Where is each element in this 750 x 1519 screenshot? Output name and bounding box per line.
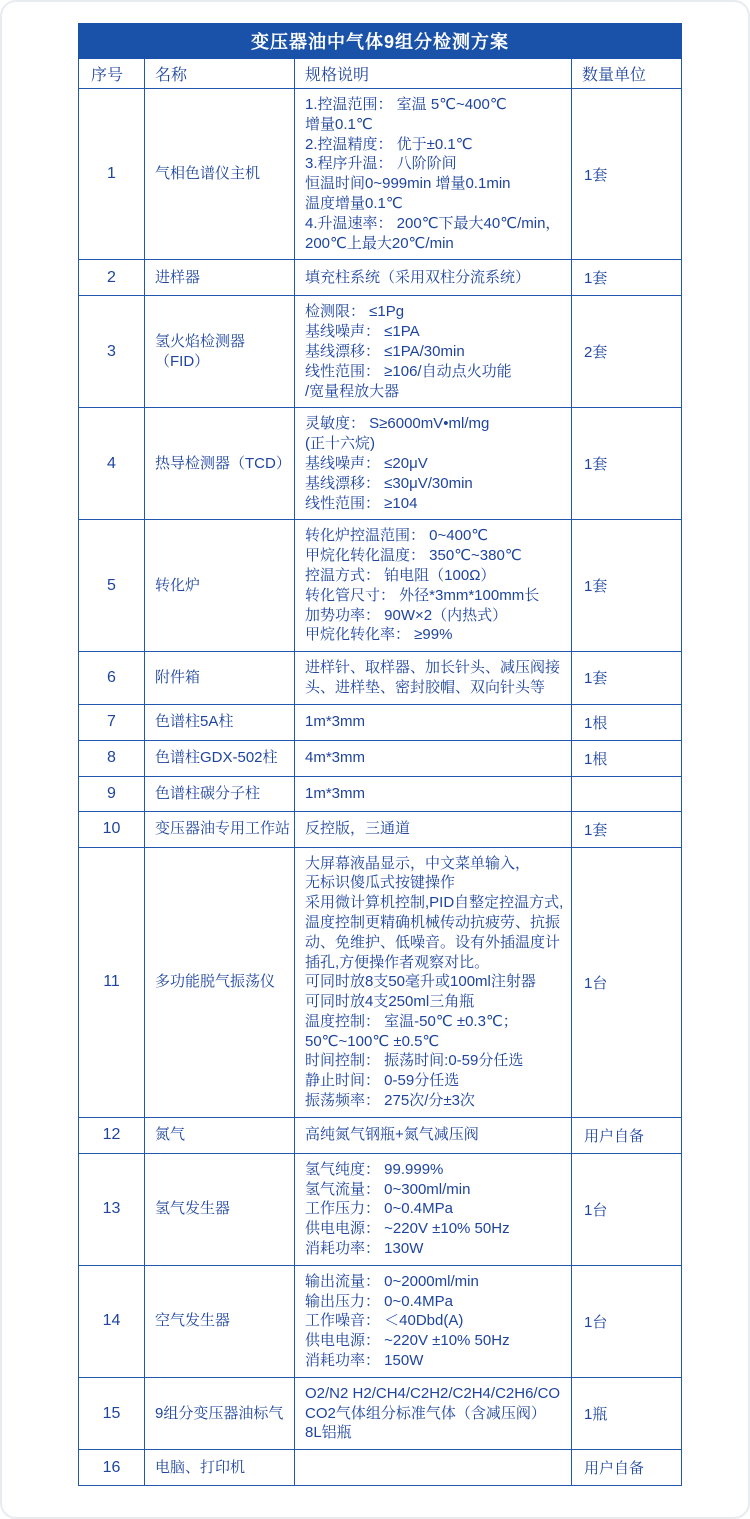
row-index-cell: 4 xyxy=(79,408,145,520)
row-index-cell: 3 xyxy=(79,296,145,408)
row-index-cell: 9 xyxy=(79,776,145,811)
header-row: 序号 名称 规格说明 数量单位 xyxy=(79,59,682,89)
spec-cell: 1m*3mm xyxy=(295,776,572,811)
row-index-cell: 16 xyxy=(79,1450,145,1486)
qty-cell: 用户自备 xyxy=(572,1450,682,1486)
table-row: 8 色谱柱GDX-502柱 4m*3mm 1根 xyxy=(79,740,682,776)
item-name-cell: 色谱柱GDX-502柱 xyxy=(145,740,295,776)
table-row: 11 多功能脱气振荡仪 大屏幕液晶显示，中文菜单输入， 无标识傻瓜式按键操作 采… xyxy=(79,847,682,1117)
spec-cell: 1m*3mm xyxy=(295,704,572,740)
spec-cell: 4m*3mm xyxy=(295,740,572,776)
item-name-cell: 电脑、打印机 xyxy=(145,1450,295,1486)
qty-cell: 1套 xyxy=(572,520,682,652)
item-name-cell: 9组分变压器油标气 xyxy=(145,1377,295,1449)
title-row: 变压器油中气体9组分检测方案 xyxy=(79,24,682,59)
table-row: 7 色谱柱5A柱 1m*3mm 1根 xyxy=(79,704,682,740)
item-name-cell: 空气发生器 xyxy=(145,1265,295,1377)
table-row: 13 氢气发生器 氢气纯度： 99.999% 氢气流量： 0~300ml/min… xyxy=(79,1153,682,1265)
spec-cell: 大屏幕液晶显示，中文菜单输入， 无标识傻瓜式按键操作 采用微计算机控制,PID自… xyxy=(295,847,572,1117)
item-name-cell: 气相色谱仪主机 xyxy=(145,89,295,260)
column-header-name: 名称 xyxy=(145,59,295,89)
table-row: 1 气相色谱仪主机 1.控温范围： 室温 5℃~400℃ 增量0.1℃ 2.控温… xyxy=(79,89,682,260)
spec-cell: 灵敏度： S≥6000mV•ml/mg (正十六烷) 基线噪声： ≤20μV 基… xyxy=(295,408,572,520)
table-row: 5 转化炉 转化炉控温范围： 0~400℃ 甲烷化转化温度： 350℃~380℃… xyxy=(79,520,682,652)
item-name-cell: 色谱柱碳分子柱 xyxy=(145,776,295,811)
item-name-cell: 色谱柱5A柱 xyxy=(145,704,295,740)
table-body: 1 气相色谱仪主机 1.控温范围： 室温 5℃~400℃ 增量0.1℃ 2.控温… xyxy=(79,89,682,1486)
item-name-cell: 转化炉 xyxy=(145,520,295,652)
column-header-qty: 数量单位 xyxy=(572,59,682,89)
spec-cell: 转化炉控温范围： 0~400℃ 甲烷化转化温度： 350℃~380℃ 控温方式：… xyxy=(295,520,572,652)
table-row: 3 氢火焰检测器（FID） 检测限： ≤1Pg 基线噪声： ≤1PA 基线漂移：… xyxy=(79,296,682,408)
table-row: 2 进样器 填充柱系统（采用双柱分流系统） 1套 xyxy=(79,260,682,296)
qty-cell: 1台 xyxy=(572,847,682,1117)
qty-cell: 用户自备 xyxy=(572,1117,682,1153)
table-row: 16 电脑、打印机 用户自备 xyxy=(79,1450,682,1486)
row-index-cell: 8 xyxy=(79,740,145,776)
table-row: 14 空气发生器 输出流量： 0~2000ml/min 输出压力： 0~0.4M… xyxy=(79,1265,682,1377)
row-index-cell: 2 xyxy=(79,260,145,296)
qty-cell: 1台 xyxy=(572,1265,682,1377)
item-name-cell: 进样器 xyxy=(145,260,295,296)
spec-cell: 检测限： ≤1Pg 基线噪声： ≤1PA 基线漂移： ≤1PA/30min 线性… xyxy=(295,296,572,408)
item-name-cell: 热导检测器（TCD） xyxy=(145,408,295,520)
spec-cell: 氢气纯度： 99.999% 氢气流量： 0~300ml/min 工作压力： 0~… xyxy=(295,1153,572,1265)
item-name-cell: 氢气发生器 xyxy=(145,1153,295,1265)
table-row: 6 附件箱 进样针、取样器、加长针头、减压阀接头、进样垫、密封胶帽、双向针头等 … xyxy=(79,652,682,705)
qty-cell: 1台 xyxy=(572,1153,682,1265)
spec-cell: 1.控温范围： 室温 5℃~400℃ 增量0.1℃ 2.控温精度： 优于±0.1… xyxy=(295,89,572,260)
item-name-cell: 附件箱 xyxy=(145,652,295,705)
spec-cell: O2/N2 H2/CH4/C2H2/C2H4/C2H6/CO CO2气体组分标准… xyxy=(295,1377,572,1449)
row-index-cell: 13 xyxy=(79,1153,145,1265)
row-index-cell: 5 xyxy=(79,520,145,652)
item-name-cell: 变压器油专用工作站 xyxy=(145,811,295,847)
row-index-cell: 7 xyxy=(79,704,145,740)
spec-table: 变压器油中气体9组分检测方案 序号 名称 规格说明 数量单位 1 气相色谱仪主机… xyxy=(78,23,682,1486)
qty-cell: 1套 xyxy=(572,89,682,260)
row-index-cell: 10 xyxy=(79,811,145,847)
column-header-index: 序号 xyxy=(79,59,145,89)
spec-cell: 高纯氮气钢瓶+氮气减压阀 xyxy=(295,1117,572,1153)
spec-cell xyxy=(295,1450,572,1486)
table-row: 12 氮气 高纯氮气钢瓶+氮气减压阀 用户自备 xyxy=(79,1117,682,1153)
qty-cell: 1套 xyxy=(572,408,682,520)
item-name-cell: 多功能脱气振荡仪 xyxy=(145,847,295,1117)
row-index-cell: 11 xyxy=(79,847,145,1117)
page-title: 变压器油中气体9组分检测方案 xyxy=(79,24,682,59)
qty-cell: 1根 xyxy=(572,740,682,776)
row-index-cell: 1 xyxy=(79,89,145,260)
column-header-spec: 规格说明 xyxy=(295,59,572,89)
item-name-cell: 氢火焰检测器（FID） xyxy=(145,296,295,408)
row-index-cell: 12 xyxy=(79,1117,145,1153)
qty-cell: 1根 xyxy=(572,704,682,740)
item-name-cell: 氮气 xyxy=(145,1117,295,1153)
table-row: 15 9组分变压器油标气 O2/N2 H2/CH4/C2H2/C2H4/C2H6… xyxy=(79,1377,682,1449)
qty-cell: 1套 xyxy=(572,652,682,705)
qty-cell: 1套 xyxy=(572,811,682,847)
qty-cell: 1瓶 xyxy=(572,1377,682,1449)
table-row: 9 色谱柱碳分子柱 1m*3mm xyxy=(79,776,682,811)
row-index-cell: 14 xyxy=(79,1265,145,1377)
spec-cell: 反控版，三通道 xyxy=(295,811,572,847)
table-row: 10 变压器油专用工作站 反控版，三通道 1套 xyxy=(79,811,682,847)
spec-cell: 输出流量： 0~2000ml/min 输出压力： 0~0.4MPa 工作噪音： … xyxy=(295,1265,572,1377)
row-index-cell: 6 xyxy=(79,652,145,705)
qty-cell: 1套 xyxy=(572,260,682,296)
spec-cell: 进样针、取样器、加长针头、减压阀接头、进样垫、密封胶帽、双向针头等 xyxy=(295,652,572,705)
qty-cell xyxy=(572,776,682,811)
row-index-cell: 15 xyxy=(79,1377,145,1449)
table-row: 4 热导检测器（TCD） 灵敏度： S≥6000mV•ml/mg (正十六烷) … xyxy=(79,408,682,520)
qty-cell: 2套 xyxy=(572,296,682,408)
spec-cell: 填充柱系统（采用双柱分流系统） xyxy=(295,260,572,296)
